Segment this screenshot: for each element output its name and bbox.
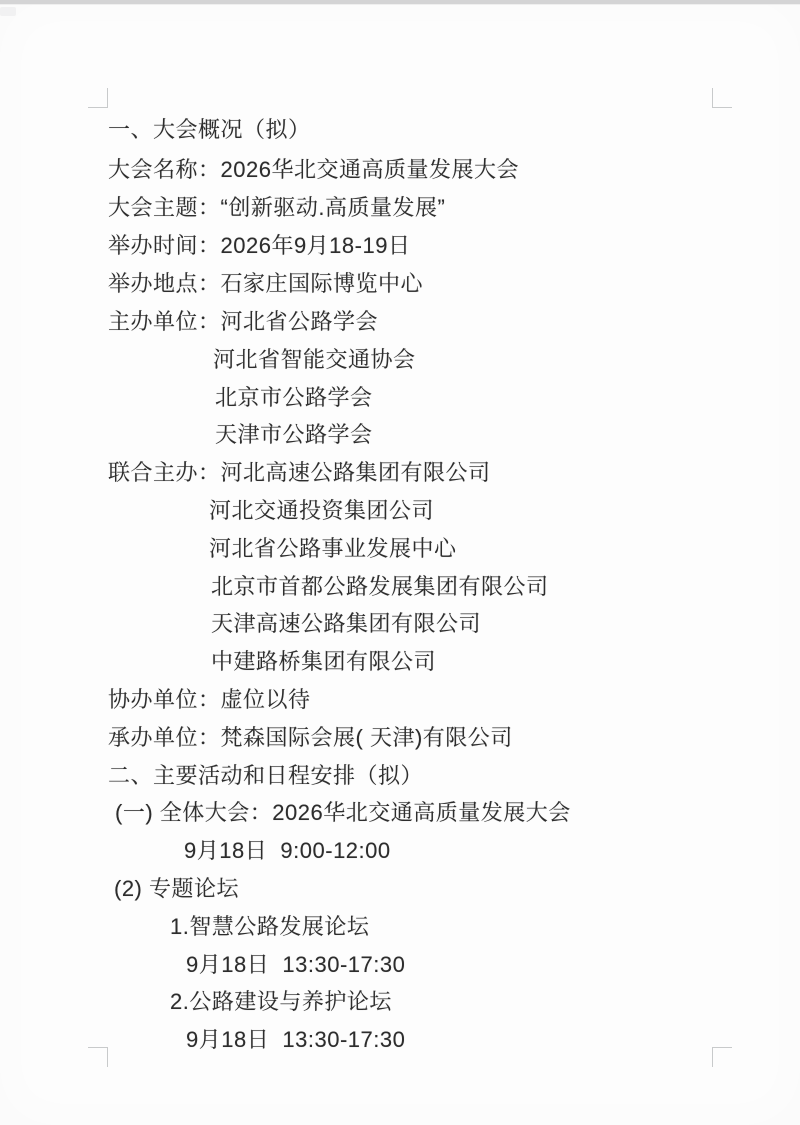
plenary-session-time: 9月18日 9:00-12:00 — [184, 837, 391, 864]
field-host-unit-1: 主办单位：河北省公路学会 — [108, 308, 378, 335]
forum-1-title: 1.智慧公路发展论坛 — [170, 913, 369, 940]
host-unit-3: 北京市公路学会 — [215, 384, 373, 411]
field-organizer-unit: 承办单位：梵森国际会展( 天津)有限公司 — [108, 724, 513, 751]
field-conference-theme: 大会主题：“创新驱动.高质量发展” — [108, 194, 445, 221]
forum-2-title: 2.公路建设与养护论坛 — [170, 988, 392, 1015]
forum-2-time: 9月18日 13:30-17:30 — [186, 1026, 405, 1053]
document-text: 一、大会概况（拟）大会名称：2026华北交通高质量发展大会大会主题：“创新驱动.… — [0, 0, 800, 1125]
document-page: 一、大会概况（拟）大会名称：2026华北交通高质量发展大会大会主题：“创新驱动.… — [0, 0, 800, 1125]
co-host-4: 北京市首都公路发展集团有限公司 — [211, 573, 549, 600]
field-co-host-1: 联合主办：河北高速公路集团有限公司 — [108, 459, 491, 486]
co-host-5: 天津高速公路集团有限公司 — [211, 610, 481, 637]
co-host-3: 河北省公路事业发展中心 — [209, 535, 457, 562]
field-conference-name: 大会名称：2026华北交通高质量发展大会 — [108, 156, 519, 183]
host-unit-2: 河北省智能交通协会 — [213, 346, 416, 373]
heading-section-1: 一、大会概况（拟） — [108, 116, 311, 143]
item-plenary-session: (一) 全体大会：2026华北交通高质量发展大会 — [115, 799, 571, 826]
field-supporting-unit: 协办单位：虚位以待 — [108, 686, 311, 713]
co-host-6: 中建路桥集团有限公司 — [211, 648, 436, 675]
host-unit-4: 天津市公路学会 — [215, 421, 373, 448]
field-event-venue: 举办地点：石家庄国际博览中心 — [108, 270, 423, 297]
field-event-date: 举办时间：2026年9月18-19日 — [108, 232, 410, 259]
forum-1-time: 9月18日 13:30-17:30 — [186, 951, 405, 978]
item-special-forums: (2) 专题论坛 — [114, 875, 239, 902]
co-host-2: 河北交通投资集团公司 — [209, 497, 434, 524]
heading-section-2: 二、主要活动和日程安排（拟） — [108, 762, 423, 789]
